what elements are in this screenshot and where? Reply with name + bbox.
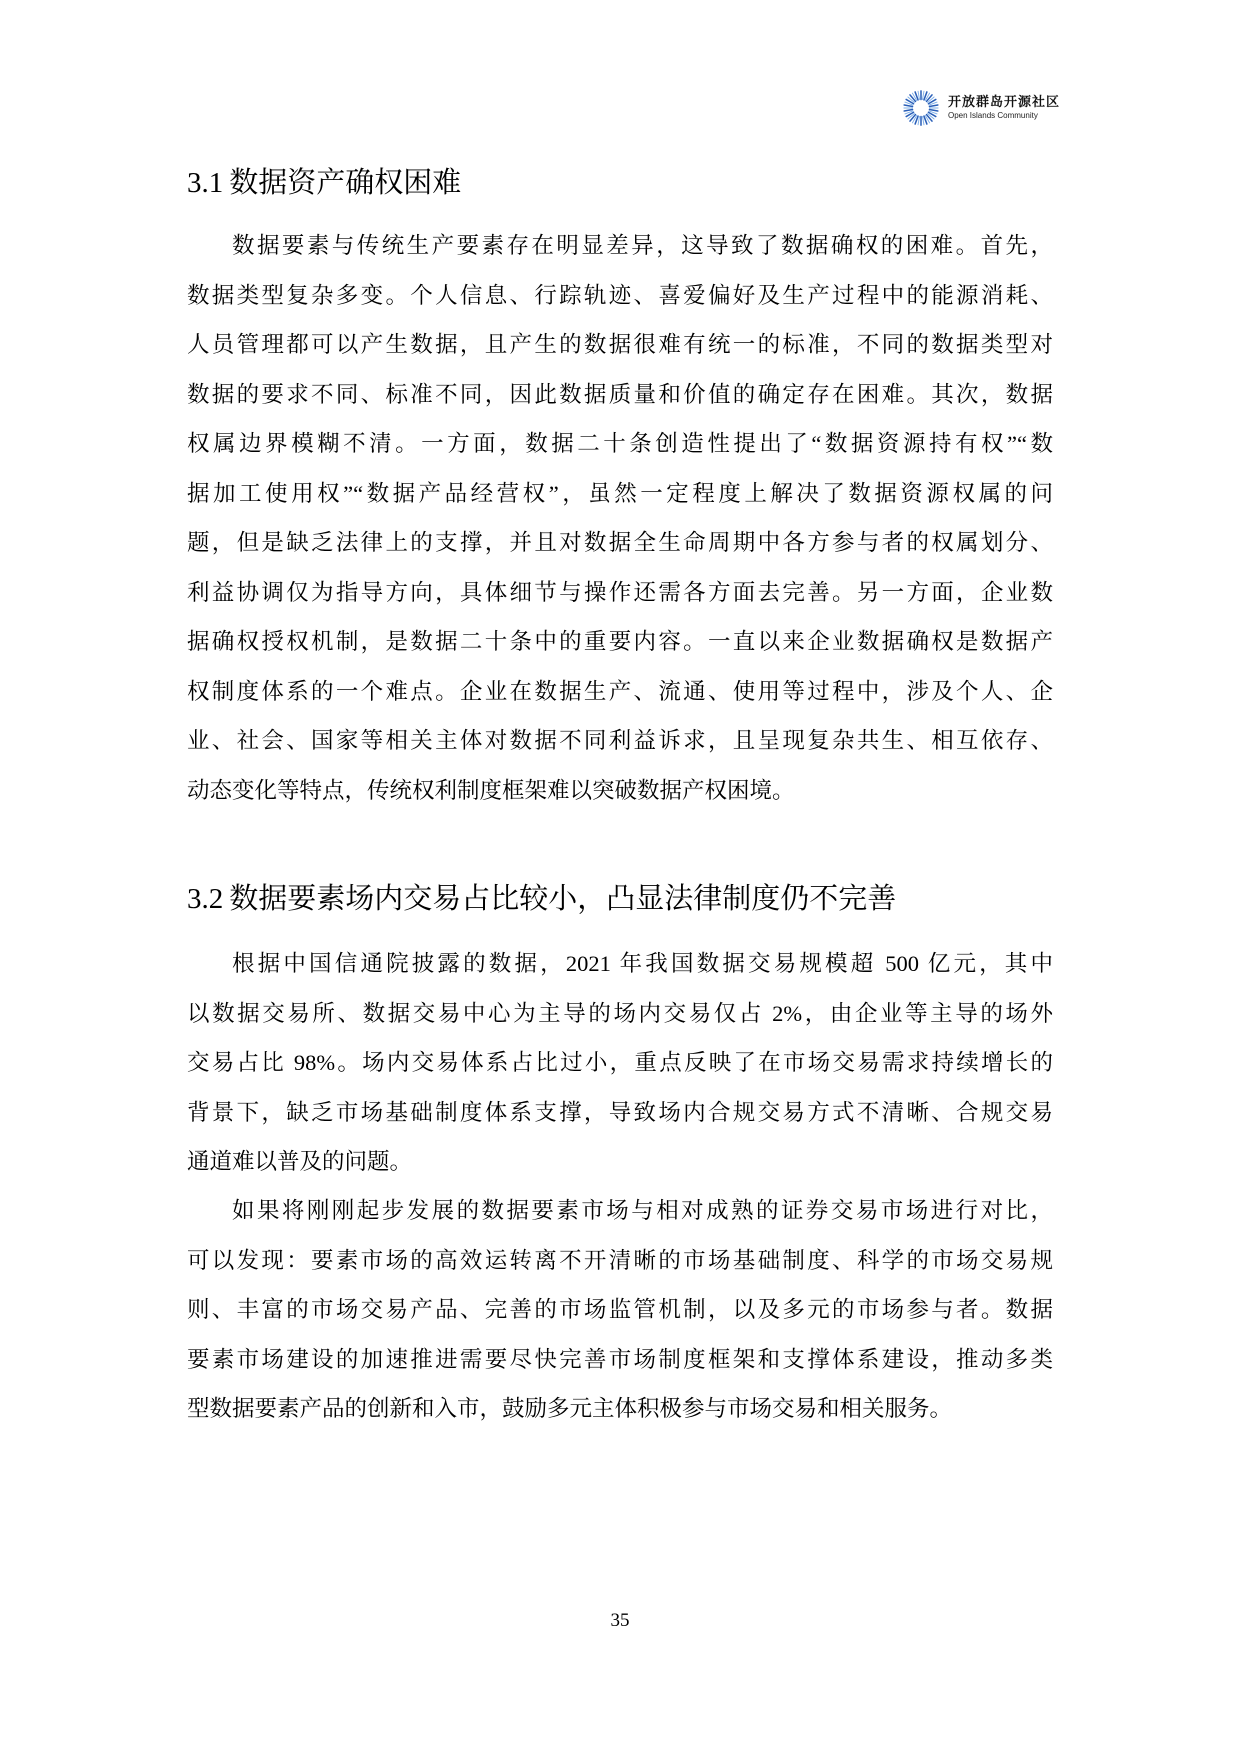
text-line: 利益协调仅为指导方向，具体细节与操作还需各方面去完善。另一方面，企业数 bbox=[187, 568, 1053, 618]
text-line: 动态变化等特点，传统权利制度框架难以突破数据产权困境。 bbox=[187, 766, 1053, 816]
text-line: 数据类型复杂多变。个人信息、行踪轨迹、喜爱偏好及生产过程中的能源消耗、 bbox=[187, 271, 1053, 321]
section-title: 数据资产确权困难 bbox=[229, 167, 461, 199]
text-line: 背景下，缺乏市场基础制度体系支撑，导致场内合规交易方式不清晰、合规交易 bbox=[187, 1088, 1053, 1138]
logo-text: 开放群岛开源社区 Open Islands Community bbox=[948, 95, 1060, 121]
text-line: 人员管理都可以产生数据，且产生的数据很难有统一的标准，不同的数据类型对 bbox=[187, 320, 1053, 370]
text-line: 以数据交易所、数据交易中心为主导的场内交易仅占 2%，由企业等主导的场外 bbox=[187, 989, 1053, 1039]
text-line: 题，但是缺乏法律上的支撑，并且对数据全生命周期中各方参与者的权属划分、 bbox=[187, 518, 1053, 568]
text-line: 如果将刚刚起步发展的数据要素市场与相对成熟的证券交易市场进行对比， bbox=[187, 1186, 1053, 1236]
text-line: 业、社会、国家等相关主体对数据不同利益诉求，且呈现复杂共生、相互依存、 bbox=[187, 716, 1053, 766]
section-3-1-paragraph-1: 数据要素与传统生产要素存在明显差异，这导致了数据确权的困难。首先， 数据类型复杂… bbox=[187, 221, 1053, 815]
section-number: 3.2 bbox=[187, 883, 223, 915]
text-line: 数据的要求不同、标准不同，因此数据质量和价值的确定存在困难。其次，数据 bbox=[187, 370, 1053, 420]
text-line: 据加工使用权”“数据产品经营权”，虽然一定程度上解决了数据资源权属的问 bbox=[187, 469, 1053, 519]
page-number: 35 bbox=[0, 1610, 1240, 1632]
section-heading-3-1: 3.1数据资产确权困难 bbox=[187, 160, 461, 201]
section-3-2-paragraph-1: 根据中国信通院披露的数据，2021 年我国数据交易规模超 500 亿元，其中 以… bbox=[187, 939, 1053, 1187]
text-line: 根据中国信通院披露的数据，2021 年我国数据交易规模超 500 亿元，其中 bbox=[187, 939, 1053, 989]
section-3-2-paragraph-2: 如果将刚刚起步发展的数据要素市场与相对成熟的证券交易市场进行对比， 可以发现：要… bbox=[187, 1186, 1053, 1434]
text-line: 型数据要素产品的创新和入市，鼓励多元主体积极参与市场交易和相关服务。 bbox=[187, 1384, 1053, 1434]
document-page: 开放群岛开源社区 Open Islands Community 3.1数据资产确… bbox=[0, 0, 1240, 1753]
text-line: 数据要素与传统生产要素存在明显差异，这导致了数据确权的困难。首先， bbox=[187, 221, 1053, 271]
text-line: 可以发现：要素市场的高效运转离不开清晰的市场基础制度、科学的市场交易规 bbox=[187, 1236, 1053, 1286]
text-line: 要素市场建设的加速推进需要尽快完善市场制度框架和支撑体系建设，推动多类 bbox=[187, 1335, 1053, 1385]
text-line: 通道难以普及的问题。 bbox=[187, 1137, 1053, 1187]
logo-name-en: Open Islands Community bbox=[948, 111, 1060, 121]
text-line: 交易占比 98%。场内交易体系占比过小，重点反映了在市场交易需求持续增长的 bbox=[187, 1038, 1053, 1088]
section-title: 数据要素场内交易占比较小，凸显法律制度仍不完善 bbox=[229, 883, 896, 915]
text-line: 则、丰富的市场交易产品、完善的市场监管机制，以及多元的市场参与者。数据 bbox=[187, 1285, 1053, 1335]
section-heading-3-2: 3.2数据要素场内交易占比较小，凸显法律制度仍不完善 bbox=[187, 876, 896, 917]
text-line: 权制度体系的一个难点。企业在数据生产、流通、使用等过程中，涉及个人、企 bbox=[187, 667, 1053, 717]
logo-name-cn: 开放群岛开源社区 bbox=[948, 95, 1060, 111]
community-logo: 开放群岛开源社区 Open Islands Community bbox=[902, 88, 1060, 128]
text-line: 权属边界模糊不清。一方面，数据二十条创造性提出了“数据资源持有权”“数 bbox=[187, 419, 1053, 469]
text-line: 据确权授权机制，是数据二十条中的重要内容。一直以来企业数据确权是数据产 bbox=[187, 617, 1053, 667]
radial-burst-logo-icon bbox=[902, 89, 940, 127]
section-number: 3.1 bbox=[187, 167, 223, 199]
